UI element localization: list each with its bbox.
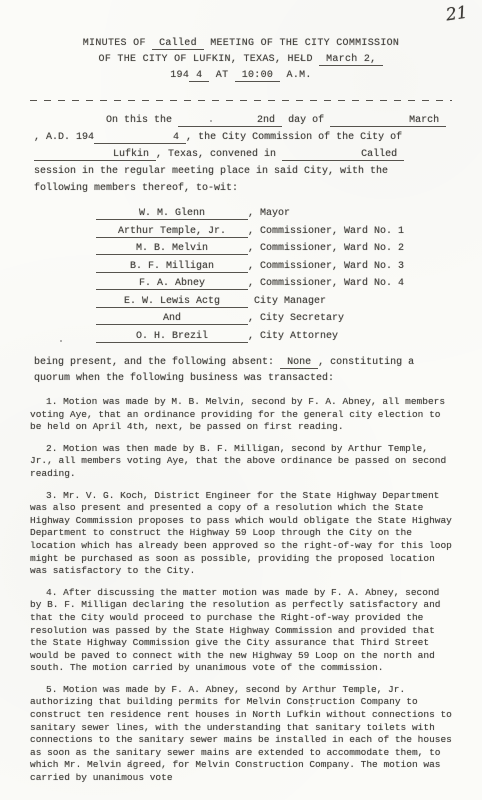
opening-seg3: , A.D. 194 bbox=[34, 132, 94, 143]
scan-noise bbox=[300, 58, 302, 60]
scan-noise bbox=[210, 120, 212, 122]
roster-row-ward3: B. F. Milligan, Commissioner, Ward No. 3 bbox=[96, 258, 482, 276]
minute-item-2: 2. Motion was then made by B. F. Milliga… bbox=[30, 443, 456, 481]
scan-noise bbox=[130, 760, 132, 762]
official-title: , Mayor bbox=[248, 208, 290, 219]
officials-roster: W. M. Glenn, Mayor Arthur Temple, Jr., C… bbox=[96, 205, 482, 345]
official-title: , City Attorney bbox=[248, 331, 338, 342]
minute-item-1: 1. Motion was made by M. B. Melvin, seco… bbox=[30, 396, 456, 434]
title-line2-pre: OF THE CITY OF LUFKIN, TEXAS, HELD bbox=[99, 54, 313, 65]
minutes-body: 1. Motion was made by M. B. Melvin, seco… bbox=[30, 396, 456, 785]
opening-seg1: On this the bbox=[106, 115, 172, 126]
title-am-label: A.M. bbox=[287, 70, 312, 81]
title-line-3: 1944 AT 10:00 A.M. bbox=[0, 68, 482, 84]
official-name: Arthur Temple, Jr. bbox=[96, 226, 248, 238]
official-name: B. F. Milligan bbox=[96, 261, 248, 273]
month-blank: March bbox=[330, 115, 446, 127]
official-name: O. H. Brezil bbox=[96, 331, 248, 343]
opening-seg2: day of bbox=[288, 115, 324, 126]
official-title: , Commissioner, Ward No. 1 bbox=[248, 226, 404, 237]
separator-dashed-line bbox=[30, 98, 452, 102]
title-line1-post: MEETING OF THE CITY COMMISSION bbox=[210, 38, 399, 49]
minute-item-4: 4. After discussing the matter motion wa… bbox=[30, 587, 456, 675]
presence-statement: being present, and the following absent:… bbox=[34, 355, 448, 387]
title-line1-pre: MINUTES OF bbox=[83, 38, 146, 49]
opening-seg4: , bbox=[186, 132, 192, 143]
absent-blank: None bbox=[280, 357, 318, 369]
opening-year-blank: 4 bbox=[94, 132, 186, 144]
presence-pre: being present, and the following absent: bbox=[34, 357, 274, 368]
opening-seg7: session in the regular meeting place in … bbox=[34, 166, 388, 194]
scanned-minutes-page: 21 MINUTES OF Called MEETING OF THE CITY… bbox=[0, 0, 482, 800]
scan-noise bbox=[60, 340, 62, 342]
scan-noise bbox=[310, 705, 312, 707]
session-type-blank: Called bbox=[282, 149, 404, 161]
title-at-label: AT bbox=[216, 70, 229, 81]
minute-item-3: 3. Mr. V. G. Koch, District Engineer for… bbox=[30, 490, 456, 578]
official-title: , City Secretary bbox=[248, 313, 344, 324]
year-digit-blank: 4 bbox=[189, 70, 209, 82]
opening-paragraph: On this the 2nd day of March, A.D. 1944,… bbox=[34, 112, 448, 197]
minute-item-5: 5. Motion was made by F. A. Abney, secon… bbox=[30, 684, 456, 785]
meeting-time-blank: 10:00 bbox=[235, 70, 281, 82]
official-name: W. M. Glenn bbox=[96, 208, 248, 220]
roster-row-city-manager: E. W. Lewis Actg City Manager bbox=[96, 293, 482, 311]
title-line-1: MINUTES OF Called MEETING OF THE CITY CO… bbox=[0, 36, 482, 52]
roster-row-ward2: M. B. Melvin, Commissioner, Ward No. 2 bbox=[96, 240, 482, 258]
handwritten-page-number: 21 bbox=[445, 3, 469, 26]
roster-row-mayor: W. M. Glenn, Mayor bbox=[96, 205, 482, 223]
title-year-prefix: 194 bbox=[170, 70, 189, 81]
opening-seg5: the City Commission of the City of bbox=[198, 132, 402, 143]
document-title: MINUTES OF Called MEETING OF THE CITY CO… bbox=[0, 36, 482, 84]
opening-seg6: , Texas, convened in bbox=[156, 149, 276, 160]
roster-row-city-secretary: And, City Secretary bbox=[96, 310, 482, 328]
official-name: And bbox=[96, 313, 248, 325]
roster-row-ward4: F. A. Abney, Commissioner, Ward No. 4 bbox=[96, 275, 482, 293]
meeting-type-blank: Called bbox=[152, 38, 204, 50]
meeting-date-blank: March 2, bbox=[319, 54, 383, 66]
roster-row-city-attorney: O. H. Brezil, City Attorney bbox=[96, 328, 482, 346]
official-name: E. W. Lewis Actg bbox=[96, 296, 248, 308]
official-title: , Commissioner, Ward No. 4 bbox=[248, 278, 404, 289]
official-title: , Commissioner, Ward No. 2 bbox=[248, 243, 404, 254]
city-name-blank: Lufkin bbox=[34, 149, 156, 161]
roster-row-ward1: Arthur Temple, Jr., Commissioner, Ward N… bbox=[96, 223, 482, 241]
official-name: F. A. Abney bbox=[96, 278, 248, 290]
presence-post: , bbox=[318, 357, 324, 368]
official-name: M. B. Melvin bbox=[96, 243, 248, 255]
day-blank: 2nd bbox=[178, 115, 282, 127]
official-title: , Commissioner, Ward No. 3 bbox=[248, 261, 404, 272]
title-line-2: OF THE CITY OF LUFKIN, TEXAS, HELD March… bbox=[0, 52, 482, 68]
official-title: City Manager bbox=[248, 296, 326, 307]
